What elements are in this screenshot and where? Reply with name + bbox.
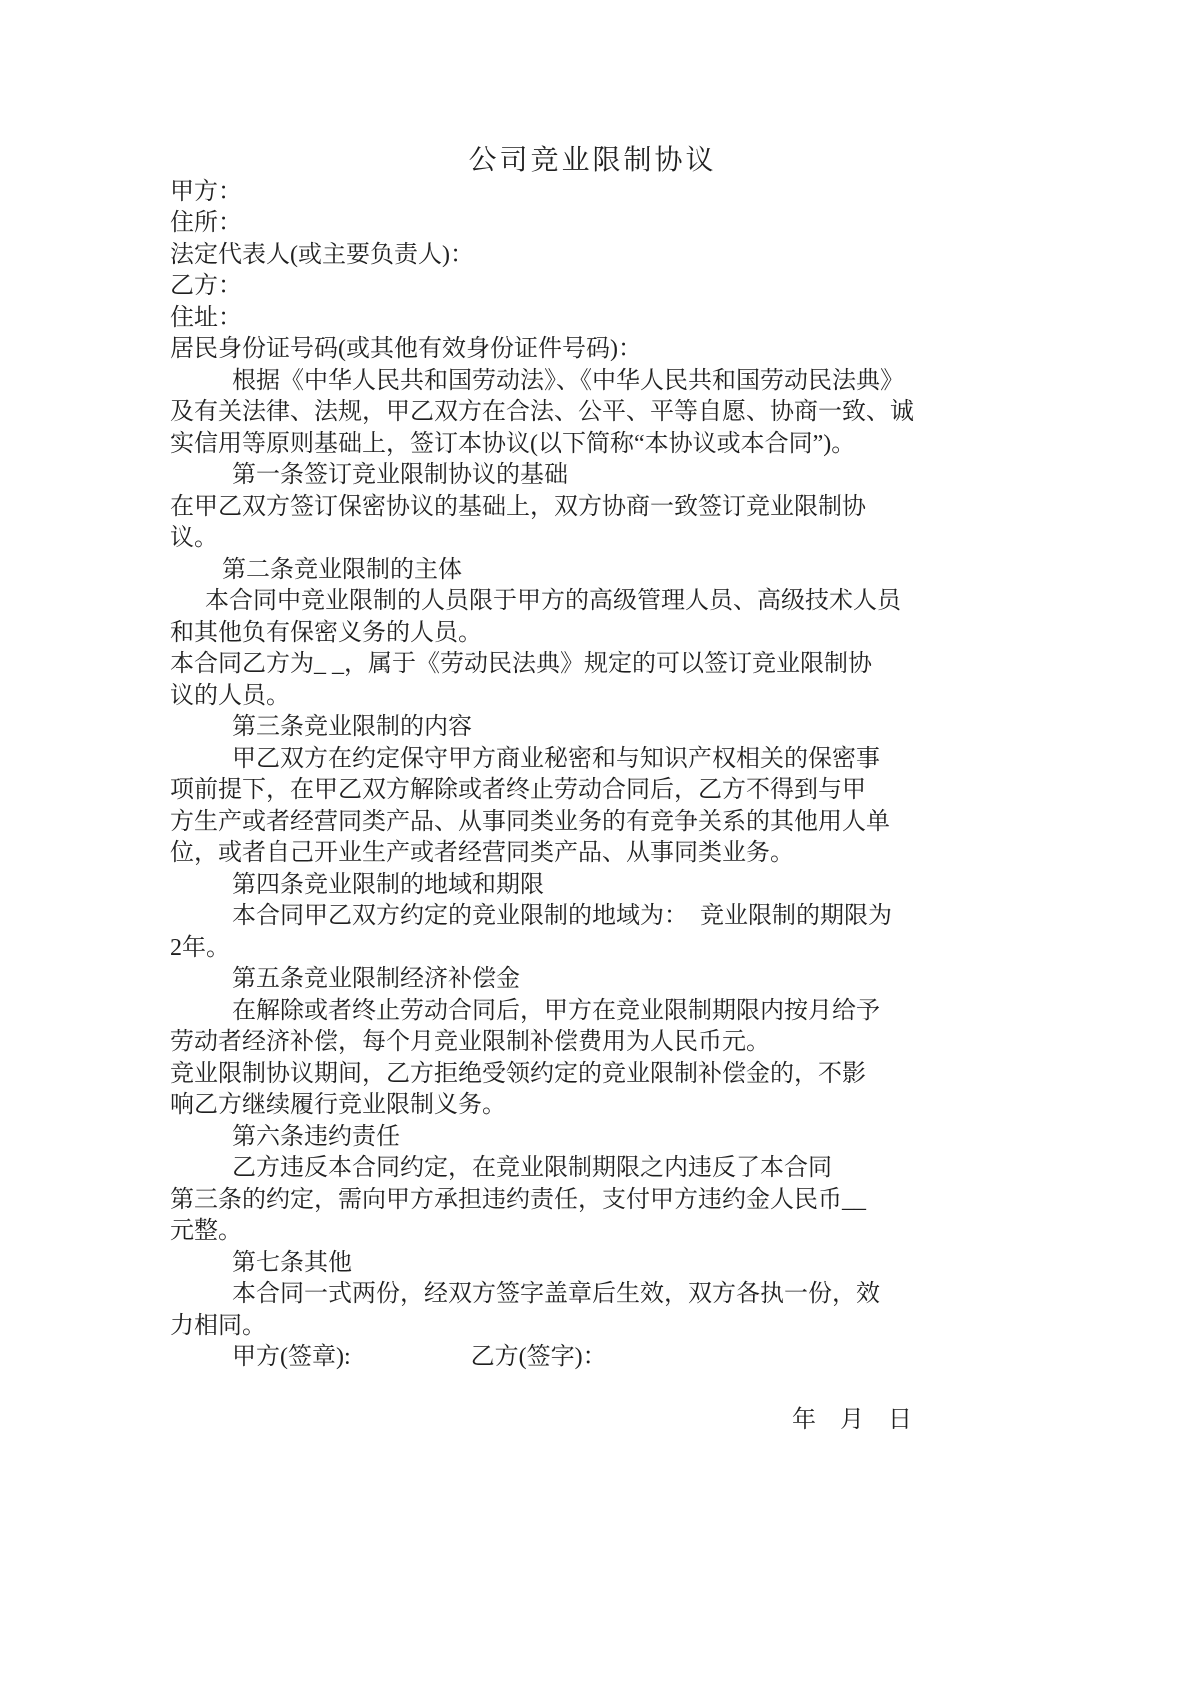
document-line: 竞业限制协议期间，乙方拒绝受领约定的竞业限制补偿金的，不影 [170,1059,1015,1091]
document-line: 议。 [170,523,1015,555]
document-title: 公司竞业限制协议 [170,145,1015,177]
document-page: 公司竞业限制协议 甲方：住所：法定代表人(或主要负责人)：乙方：住址：居民身份证… [0,0,1190,1683]
document-line: 居民身份证号码(或其他有效身份证件号码)： [170,334,1015,366]
document-line: 位，或者自己开业生产或者经营同类产品、从事同类业务。 [170,838,1015,870]
document-line: 2年。 [170,933,1015,965]
document-line: 在解除或者终止劳动合同后，甲方在竞业限制期限内按月给予 [170,996,1015,1028]
document-line: 第三条竞业限制的内容 [170,712,1015,744]
document-line: 乙方违反本合同约定，在竞业限制期限之内违反了本合同 [170,1153,1015,1185]
document-line: 第一条签订竞业限制协议的基础 [170,460,1015,492]
document-line: 第五条竞业限制经济补偿金 [170,964,1015,996]
document-line: 乙方： [170,271,1015,303]
document-line: 第二条竞业限制的主体 [170,555,1015,587]
document-line: 本合同乙方为_ _，属于《劳动民法典》规定的可以签订竞业限制协 [170,649,1015,681]
signature-line: 甲方(签章): 乙方(签字)： [170,1342,1015,1374]
document-line: 实信用等原则基础上，签订本协议(以下简称“本协议或本合同”)。 [170,429,1015,461]
document-line: 响乙方继续履行竞业限制义务。 [170,1090,1015,1122]
document-body: 甲方：住所：法定代表人(或主要负责人)：乙方：住址：居民身份证号码(或其他有效身… [170,177,1015,1437]
document-line: 议的人员。 [170,681,1015,713]
document-line: 甲方： [170,177,1015,209]
document-line: 本合同甲乙双方约定的竞业限制的地域为： 竞业限制的期限为 [170,901,1015,933]
document-line: 法定代表人(或主要负责人)： [170,240,1015,272]
document-line: 第三条的约定，需向甲方承担违约责任，支付甲方违约金人民币__ [170,1185,1015,1217]
document-line: 住址： [170,303,1015,335]
document-line: 劳动者经济补偿，每个月竞业限制补偿费用为人民币元。 [170,1027,1015,1059]
document-line: 力相同。 [170,1311,1015,1343]
document-line: 方生产或者经营同类产品、从事同类业务的有竞争关系的其他用人单 [170,807,1015,839]
document-line: 住所： [170,208,1015,240]
document-line: 本合同中竞业限制的人员限于甲方的高级管理人员、高级技术人员 [170,586,1015,618]
document-line: 本合同一式两份，经双方签字盖章后生效，双方各执一份，效 [170,1279,1015,1311]
document-line: 第四条竞业限制的地域和期限 [170,870,1015,902]
document-line: 在甲乙双方签订保密协议的基础上，双方协商一致签订竞业限制协 [170,492,1015,524]
document-line: 根据《中华人民共和国劳动法》、《中华人民共和国劳动民法典》 [170,366,1015,398]
blank-line [170,1374,1015,1406]
document-line: 项前提下，在甲乙双方解除或者终止劳动合同后，乙方不得到与甲 [170,775,1015,807]
document-line: 及有关法律、法规，甲乙双方在合法、公平、平等自愿、协商一致、诚 [170,397,1015,429]
document-line: 和其他负有保密义务的人员。 [170,618,1015,650]
document-line: 第七条其他 [170,1248,1015,1280]
document-line: 第六条违约责任 [170,1122,1015,1154]
document-line: 元整。 [170,1216,1015,1248]
document-line: 甲乙双方在约定保守甲方商业秘密和与知识产权相关的保密事 [170,744,1015,776]
date-line: 年 月 日 [170,1405,1015,1437]
